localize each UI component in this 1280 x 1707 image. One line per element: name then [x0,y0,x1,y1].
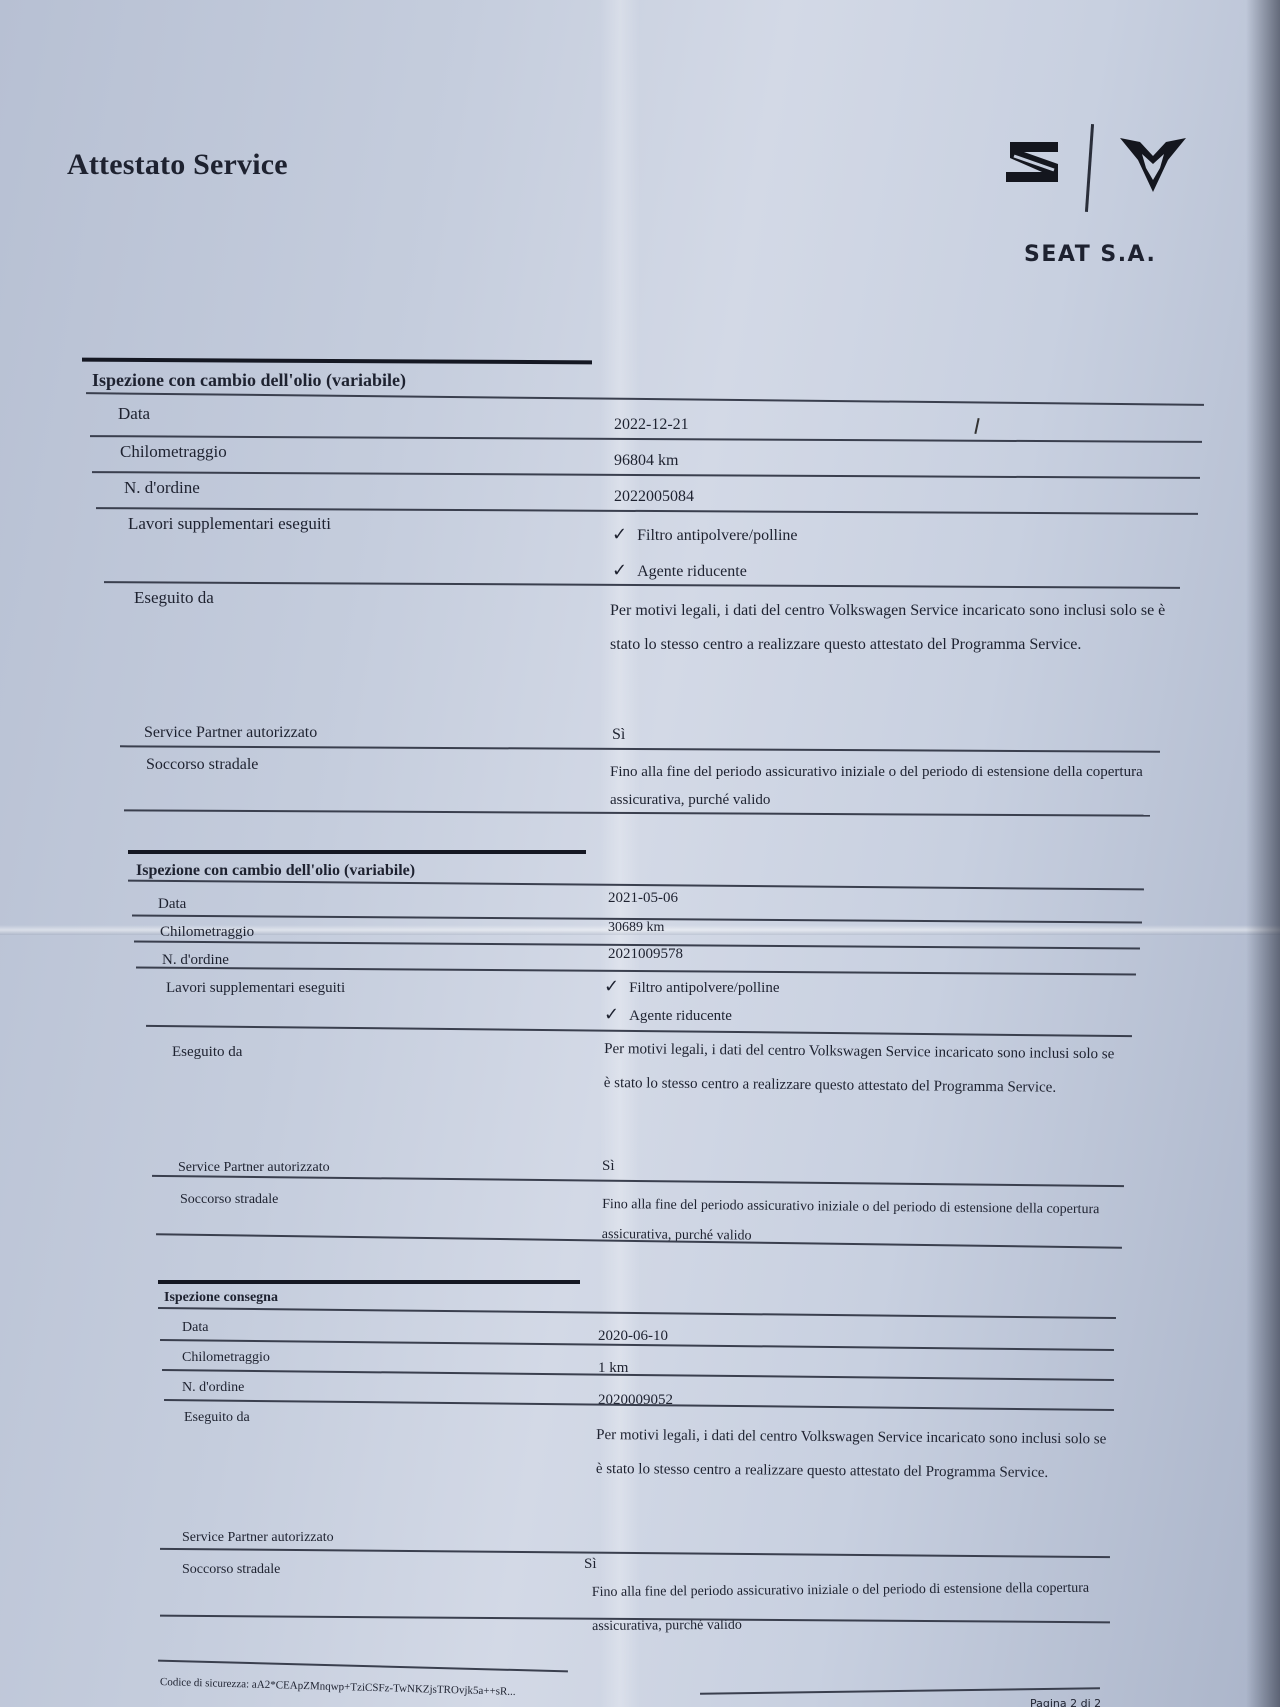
section-heading: Ispezione consegna [164,1290,278,1306]
performed-by-label: Eseguito da [184,1410,250,1426]
date-label: Data [158,896,186,913]
section-heading: Ispezione con cambio dell'olio (variabil… [136,862,415,880]
extra-work-label: Lavori supplementari eseguiti [128,514,331,534]
brand-name: SEAT S.A. [1024,242,1156,267]
service-certificate-page: Attestato Service SEAT S.A. Ispezione co… [0,0,1280,1707]
checkmark-icon: ✓ [604,976,619,997]
extra-work-item: ✓Agente riducente [612,560,747,581]
section-divider-bar [158,1280,580,1284]
checkmark-icon: ✓ [612,524,627,545]
order-number-value: 2020009052 [598,1392,673,1409]
cupra-logo-icon [1118,134,1188,194]
date-label: Data [182,1320,208,1336]
order-number-label: N. d'ordine [124,478,200,498]
order-number-value: 2021009578 [608,946,683,963]
performed-by-value: Per motivi legali, i dati del centro Vol… [596,1418,1117,1491]
extra-work-item: ✓Filtro antipolvere/polline [612,524,798,545]
page-number: Pagina 2 di 2 [1030,1697,1101,1707]
date-value: 2020-06-10 [598,1328,668,1345]
performed-by-value: Per motivi legali, i dati del centro Vol… [604,1032,1125,1105]
extra-work-item: ✓Agente riducente [604,1004,732,1025]
mileage-label: Chilometraggio [160,924,254,941]
row-rule [104,581,1180,588]
paper-edge-shadow [1246,0,1280,1707]
section-divider-bar [82,358,592,365]
mileage-value: 96804 km [614,452,678,470]
roadside-assistance-label: Soccorso stradale [182,1562,280,1578]
seat-s-logo-icon [1004,134,1060,190]
section-divider-bar [128,850,586,854]
logo-divider [1085,124,1094,212]
row-rule [86,392,1204,405]
footer-rule [700,1687,1100,1694]
section-heading: Ispezione con cambio dell'olio (variabil… [92,370,406,391]
roadside-assistance-label: Soccorso stradale [180,1192,278,1208]
roadside-assistance-label: Soccorso stradale [146,756,258,774]
date-value: 2021-05-06 [608,890,678,907]
extra-work-label: Lavori supplementari eseguiti [166,980,345,997]
checkmark-icon: ✓ [612,560,627,581]
authorized-partner-label: Service Partner autorizzato [182,1530,334,1546]
roadside-assistance-value: Fino alla fine del periodo assicurativo … [610,758,1150,814]
extra-work-item: ✓Filtro antipolvere/polline [604,976,779,997]
authorized-partner-label: Service Partner autorizzato [144,724,317,742]
order-number-value: 2022005084 [614,488,694,506]
authorized-partner-value: Sì [584,1556,597,1573]
roadside-assistance-value: Fino alla fine del periodo assicurativo … [592,1571,1113,1644]
checkmark-icon: ✓ [604,1004,619,1025]
date-value: 2022-12-21 [614,416,689,434]
pen-mark [974,418,979,434]
row-rule [90,435,1202,442]
date-label: Data [118,404,150,424]
performed-by-label: Eseguito da [134,588,214,608]
performed-by-label: Eseguito da [172,1044,242,1061]
mileage-label: Chilometraggio [182,1350,270,1366]
footer-rule [158,1660,568,1672]
mileage-value: 30689 km [608,920,664,936]
authorized-partner-value: Sì [612,726,625,744]
authorized-partner-label: Service Partner autorizzato [178,1160,330,1176]
document-title: Attestato Service [67,148,288,182]
authorized-partner-value: Sì [602,1158,615,1175]
mileage-label: Chilometraggio [120,442,227,462]
brand-logo-block: SEAT S.A. [1000,122,1200,272]
order-number-label: N. d'ordine [182,1380,244,1396]
row-rule [92,471,1200,478]
performed-by-value: Per motivi legali, i dati del centro Vol… [610,594,1170,662]
security-code: Codice di sicurezza: aA2*CEApZMnqwp+TziC… [160,1676,516,1698]
row-rule [120,745,1160,752]
